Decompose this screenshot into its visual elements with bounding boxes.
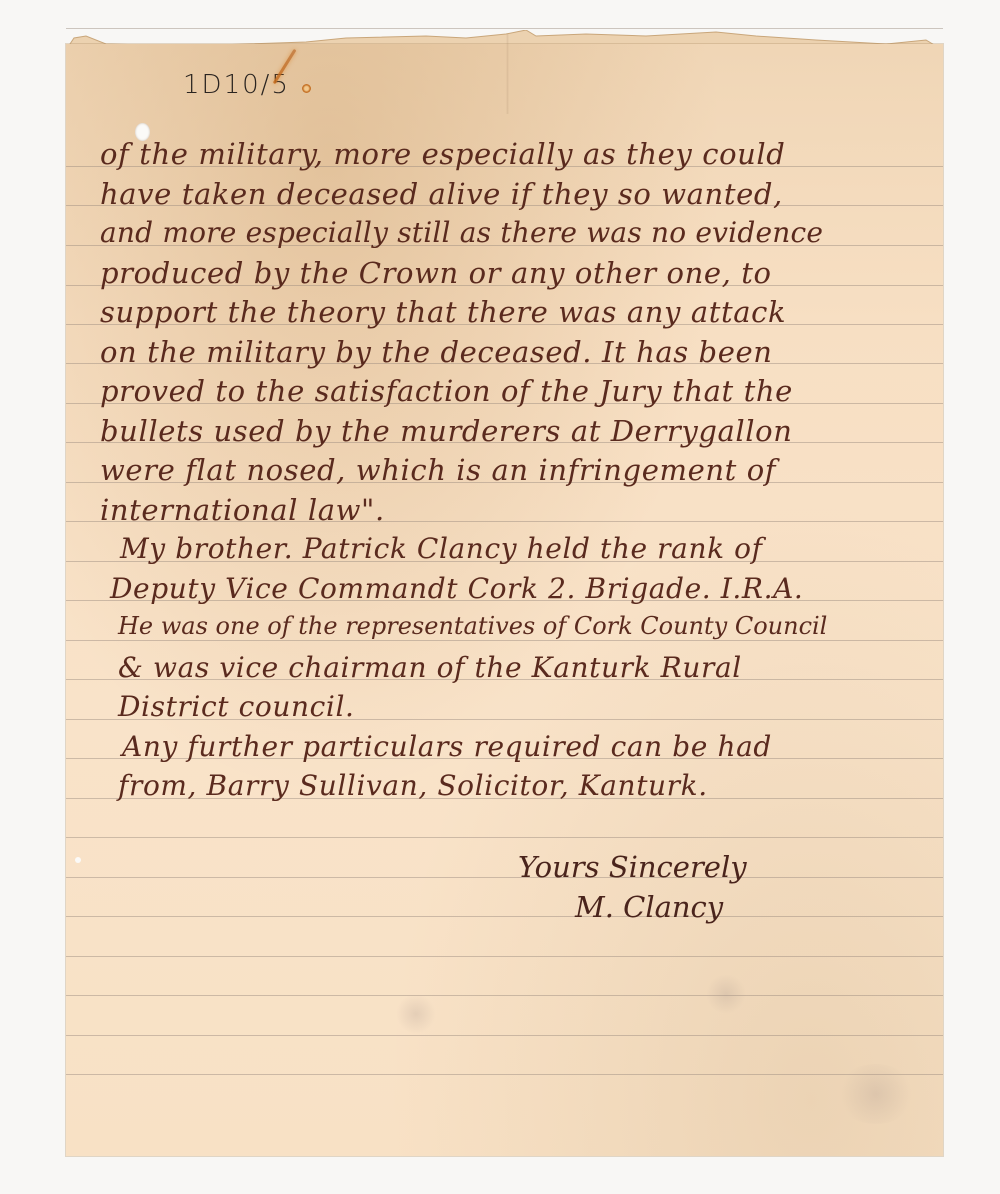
letter-line: & was vice chairman of the Kanturk Rural: [118, 654, 742, 682]
letter-line: bullets used by the murderers at Derryga…: [100, 417, 792, 446]
letter-line: He was one of the representatives of Cor…: [118, 614, 827, 638]
letter-line: Deputy Vice Commandt Cork 2. Brigade. I.…: [110, 575, 803, 603]
letter-line: of the military, more especially as they…: [100, 140, 785, 169]
letter-line: District council.: [118, 693, 355, 721]
letter-line: produced by the Crown or any other one, …: [100, 259, 772, 288]
letter-line: have taken deceased alive if they so wan…: [100, 180, 783, 209]
signature: M. Clancy: [575, 893, 723, 922]
letter-line: from, Barry Sullivan, Solicitor, Kanturk…: [118, 772, 708, 800]
letter-body: of the military, more especially as they…: [0, 0, 1000, 1194]
letter-line: international law".: [100, 496, 385, 525]
closing-salutation: Yours Sincerely: [518, 853, 747, 882]
letter-line: and more especially still as there was n…: [100, 219, 823, 247]
letter-line: support the theory that there was any at…: [100, 298, 786, 327]
letter-line: My brother. Patrick Clancy held the rank…: [120, 535, 763, 563]
letter-line: on the military by the deceased. It has …: [100, 338, 773, 367]
letter-line: Any further particulars required can be …: [122, 733, 772, 761]
letter-line: proved to the satisfaction of the Jury t…: [100, 377, 793, 406]
letter-line: were flat nosed, which is an infringemen…: [100, 456, 776, 485]
